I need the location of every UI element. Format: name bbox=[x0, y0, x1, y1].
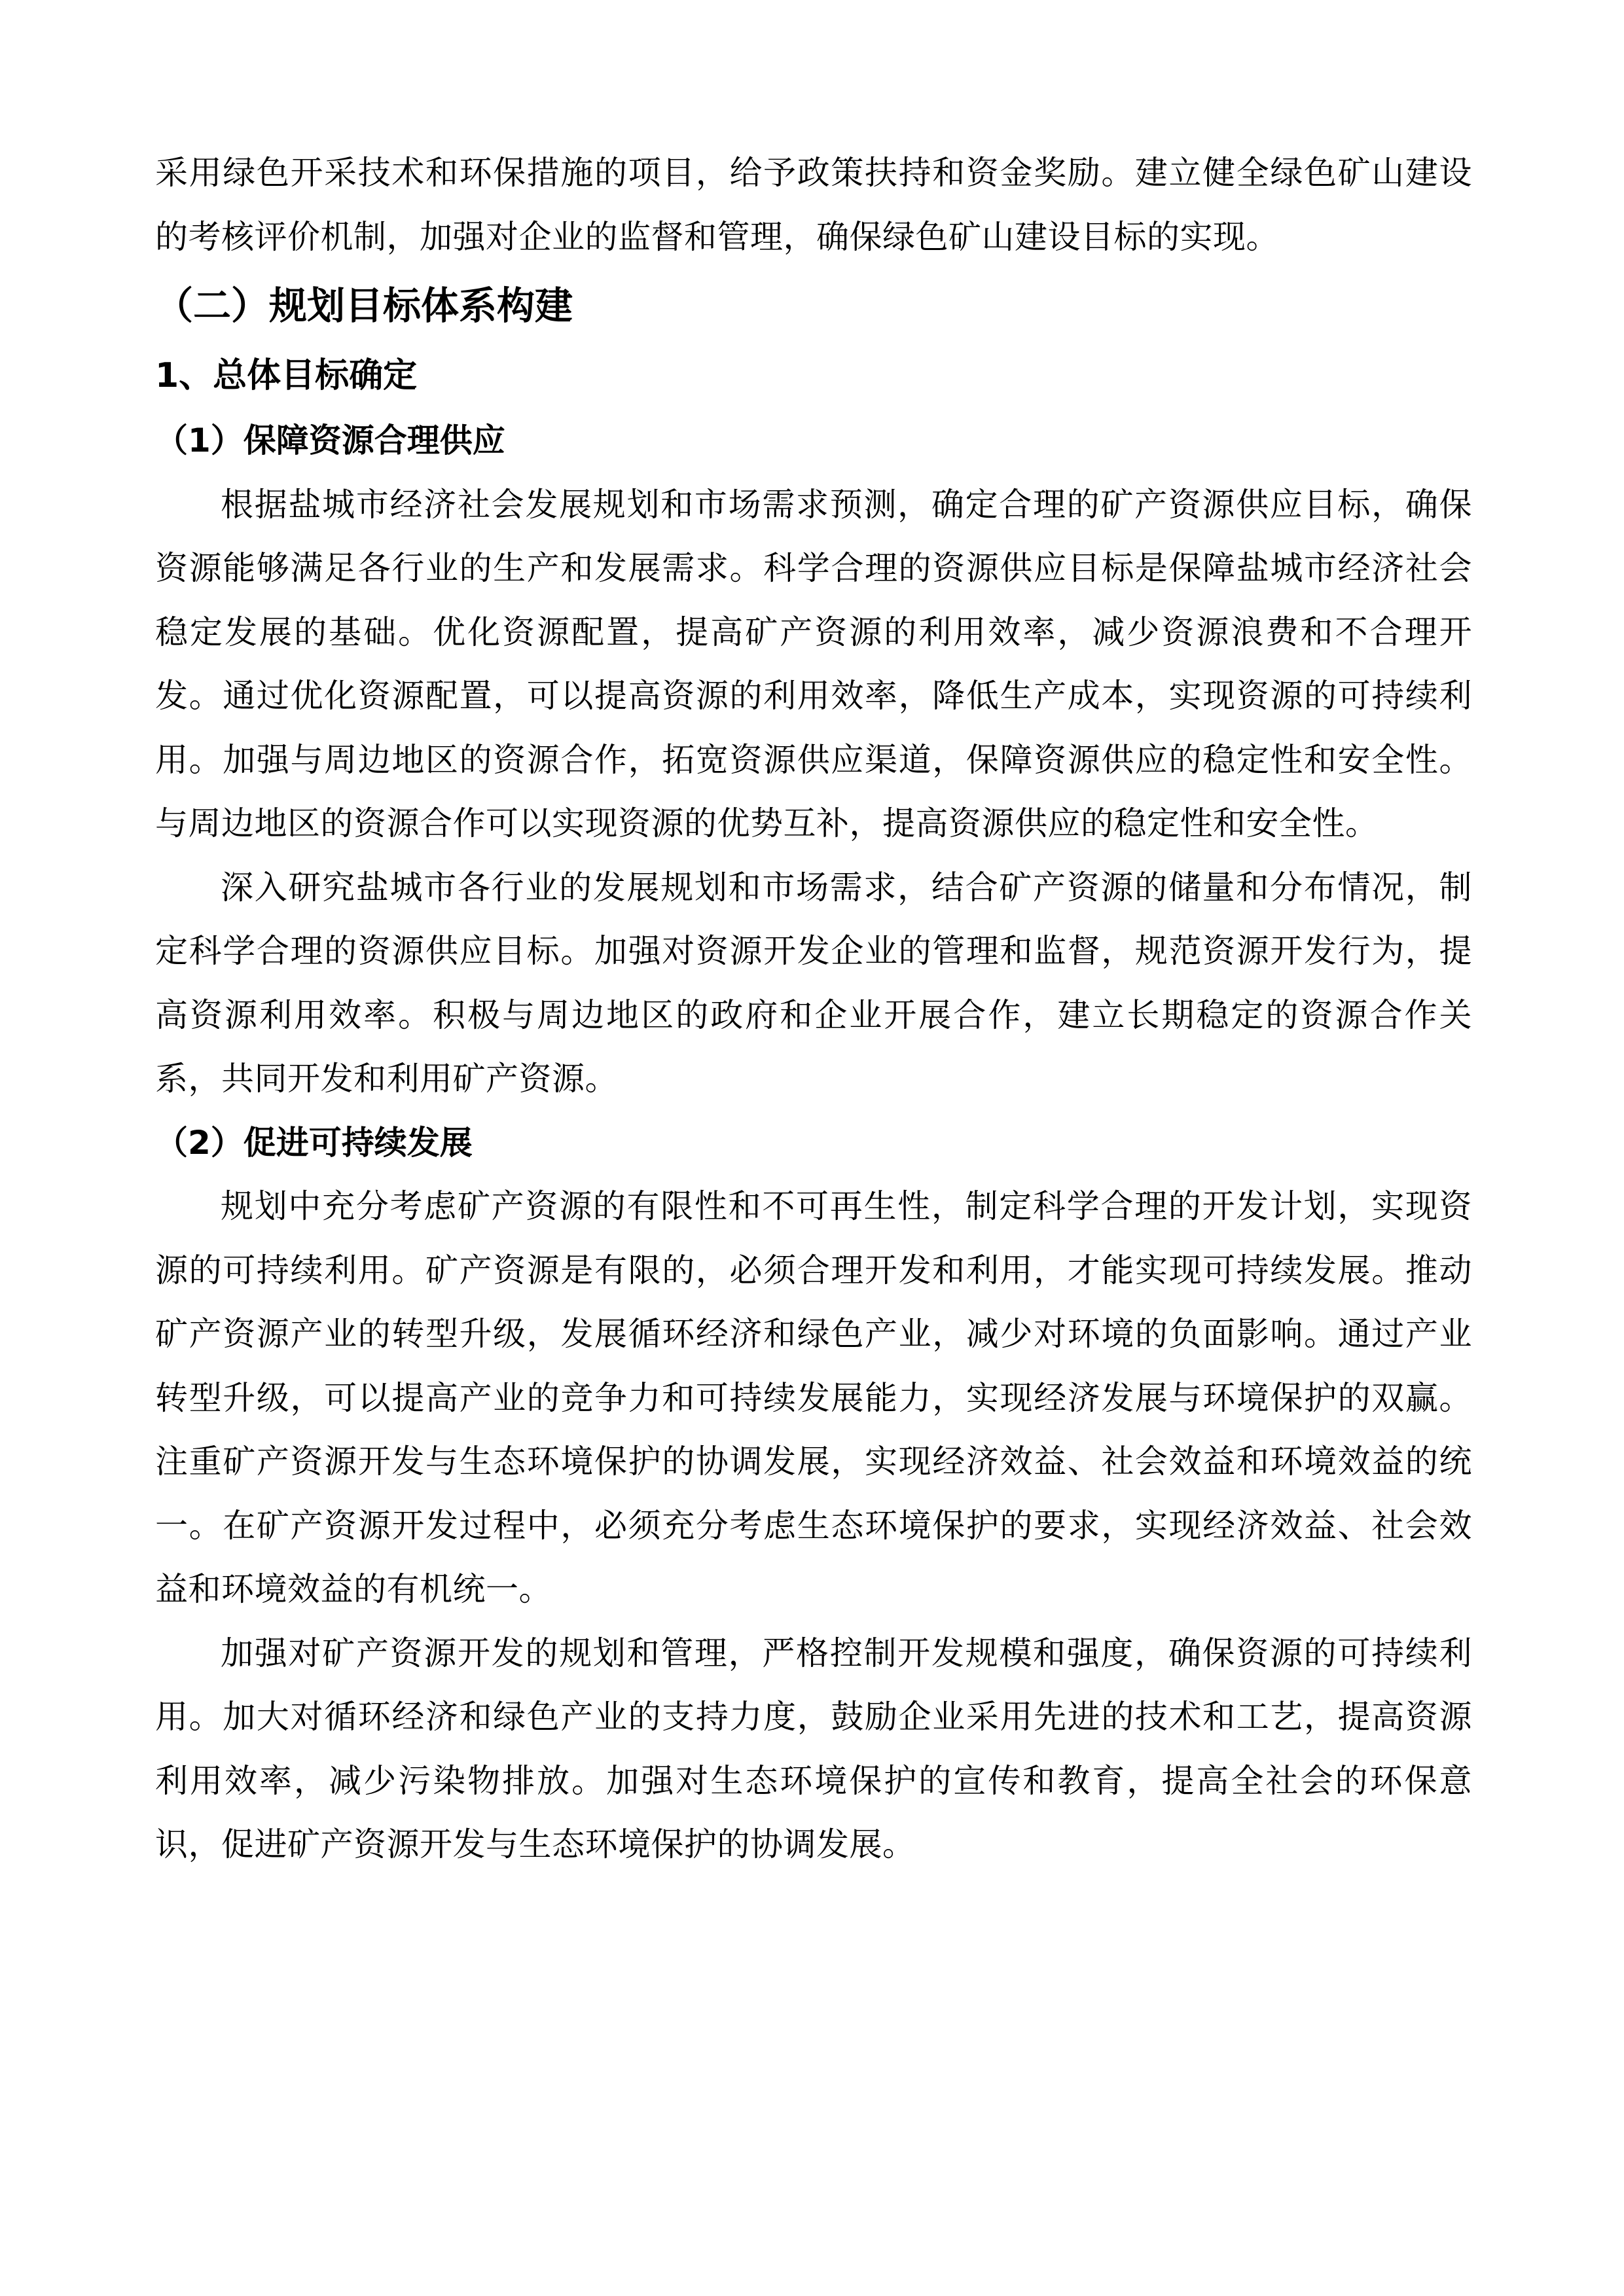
paragraph: 根据盐城市经济社会发展规划和市场需求预测，确定合理的矿产资源供应目标，确保资源能… bbox=[155, 473, 1472, 856]
item-heading-1: （1）保障资源合理供应 bbox=[155, 409, 1472, 473]
section-heading: （二）规划目标体系构建 bbox=[155, 269, 1472, 343]
document-page: 采用绿色开采技术和环保措施的项目，给予政策扶持和资金奖励。建立健全绿色矿山建设的… bbox=[0, 0, 1624, 2296]
item-heading-2: （2）促进可持续发展 bbox=[155, 1111, 1472, 1175]
paragraph: 规划中充分考虑矿产资源的有限性和不可再生性，制定科学合理的开发计划，实现资源的可… bbox=[155, 1175, 1472, 1622]
intro-paragraph: 采用绿色开采技术和环保措施的项目，给予政策扶持和资金奖励。建立健全绿色矿山建设的… bbox=[155, 141, 1472, 269]
subsection-heading: 1、总体目标确定 bbox=[155, 343, 1472, 409]
paragraph: 深入研究盐城市各行业的发展规划和市场需求，结合矿产资源的储量和分布情况，制定科学… bbox=[155, 856, 1472, 1111]
paragraph: 加强对矿产资源开发的规划和管理，严格控制开发规模和强度，确保资源的可持续利用。加… bbox=[155, 1622, 1472, 1877]
